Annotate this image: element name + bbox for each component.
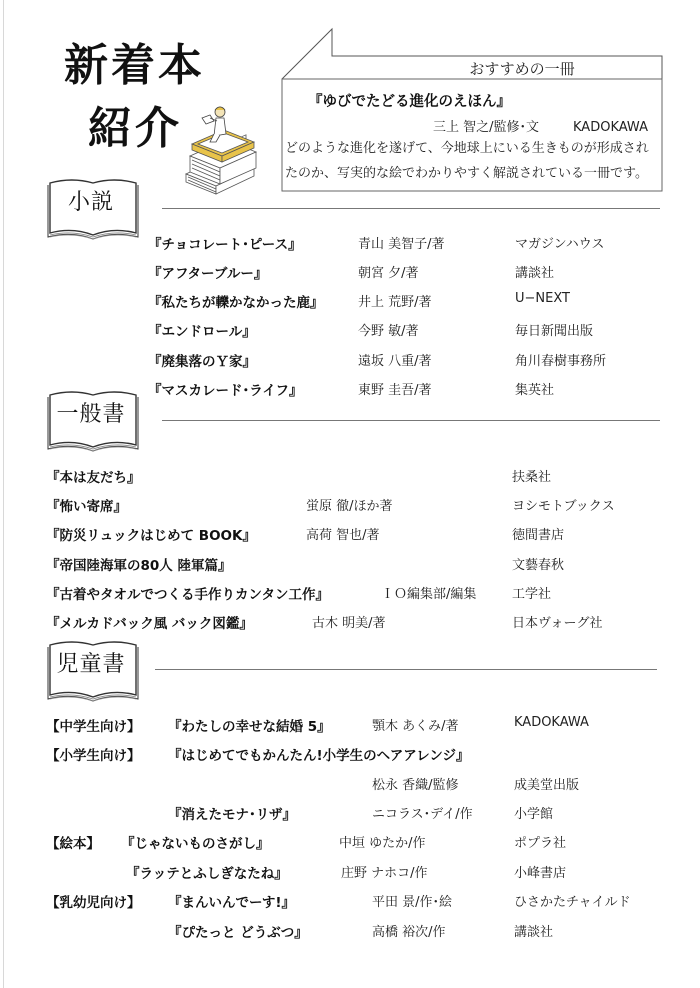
book-author: 井上 荒野/著 [358,291,432,310]
book-publisher: 小峰書店 [514,862,566,881]
book-author: 蛍原 徹/ほか著 [306,495,393,514]
book-title: 『怖い寄席』 [46,495,127,515]
section-divider [162,208,660,209]
book-publisher: KADOKAWA [514,715,589,730]
book-author: 東野 圭吾/著 [358,379,432,398]
book-publisher: ひさかたチャイルド [514,891,631,910]
book-publisher: 工学社 [512,583,551,602]
age-category: 【乳幼児向け】 [46,891,141,911]
age-category: 【中学生向け】 [46,715,141,735]
recommend-box: おすすめの一冊 『ゆびでたどる進化のえほん』 三上 智之/監修･文KADOKAW… [275,24,670,194]
book-author: 高橋 裕次/作 [372,921,446,940]
book-author: ＩＯ編集部/編集 [381,583,476,602]
book-publisher: ポプラ社 [514,832,566,851]
book-title: 『メルカドバック風 バック図鑑』 [46,612,253,632]
section-label-text: 小説 [48,185,134,216]
age-category: 【絵本】 [46,832,100,852]
book-publisher: 小学館 [514,803,553,822]
book-title: 『帝国陸海軍の80人 陸軍篇』 [46,554,232,574]
book-publisher: 毎日新聞出版 [515,320,593,339]
book-title: 『廃集落のＹ家』 [148,350,256,370]
recommend-description-line: たのか、写実的な絵でわかりやすく解説されている一冊です。 [285,161,660,186]
book-publisher: 成美堂出版 [514,774,579,793]
book-author: ニコラス･デイ/作 [372,803,473,822]
book-author: 中垣 ゆたか/作 [339,832,426,851]
book-title: 『ぴたっと どうぶつ』 [168,921,308,941]
book-publisher: 扶桑社 [512,466,551,485]
book-publisher: 徳間書店 [512,524,564,543]
book-publisher: 集英社 [515,379,554,398]
book-title: 『じゃないものさがし』 [121,832,270,852]
recommend-publisher-text: KADOKAWA [573,120,648,135]
book-publisher: 講談社 [514,921,553,940]
recommend-description-line: どのような進化を遂げて、今地球上にいる生きものが形成され [285,136,660,161]
book-author: 遠坂 八重/著 [358,350,432,369]
book-author: 松永 香織/監修 [372,774,459,793]
reading-person-illustration [176,104,262,196]
book-publisher: 文藝春秋 [512,554,564,573]
book-author: 朝宮 夕/著 [358,262,419,281]
section-label-children: 児童書 [44,637,142,705]
book-title: 『マスカレード･ライフ』 [148,379,302,399]
book-title: 『わたしの幸せな結婚 5』 [168,715,331,735]
book-title: 『エンドロール』 [148,320,256,340]
book-stack-icon [176,104,262,196]
book-title: 『チョコレート･ピース』 [148,233,302,253]
book-title: 『はじめてでもかんたん!小学生のヘアアレンジ』 [168,744,470,764]
book-title: 『消えたモナ･リザ』 [168,803,296,823]
section-label-novels: 小説 [44,175,142,243]
recommend-book-author: 三上 智之/監修･文KADOKAWA [433,116,648,135]
section-label-text: 児童書 [48,647,134,678]
book-author: 庄野 ナホコ/作 [341,862,428,881]
page-title-line2: 紹介 [88,107,182,151]
recommend-heading: おすすめの一冊 [387,58,657,79]
page-edge [3,0,4,988]
recommend-description: どのような進化を遂げて、今地球上にいる生きものが形成され たのか、写実的な絵でわ… [285,136,660,186]
age-category: 【小学生向け】 [46,744,141,764]
book-title: 『古着やタオルでつくる手作りカンタン工作』 [46,583,329,603]
book-author: 顎木 あくみ/著 [372,715,459,734]
book-publisher: 日本ヴォーグ社 [512,612,602,631]
book-publisher: 講談社 [515,262,554,281]
book-title: 『ラッテとふしぎなたね』 [126,862,288,882]
book-author: 青山 美智子/著 [358,233,445,252]
book-author: 高荷 智也/著 [306,524,380,543]
book-publisher: 角川春樹事務所 [515,350,606,369]
recommend-book-title: 『ゆびでたどる進化のえほん』 [308,90,511,111]
section-label-general: 一般書 [44,387,142,455]
section-divider [155,669,657,670]
book-author: 古木 明美/著 [312,612,386,631]
book-title: 『まんいんでーす!』 [168,891,295,911]
recommend-author-text: 三上 智之/監修･文 [433,120,539,135]
book-author: 今野 敏/著 [358,320,419,339]
book-publisher: マガジンハウス [515,233,604,252]
section-divider [162,420,660,421]
book-title: 『本は友だち』 [46,466,141,486]
page-title-line1: 新着本 [64,44,205,88]
book-title: 『アフターブルー』 [148,262,267,282]
section-label-text: 一般書 [48,397,134,428]
book-publisher: U−NEXT [515,291,570,306]
book-publisher: ヨシモトブックス [512,495,615,514]
book-title: 『防災リュックはじめて BOOK』 [46,524,256,544]
book-title: 『私たちが轢かなかった鹿』 [148,291,324,311]
book-author: 平田 景/作･絵 [372,891,452,910]
